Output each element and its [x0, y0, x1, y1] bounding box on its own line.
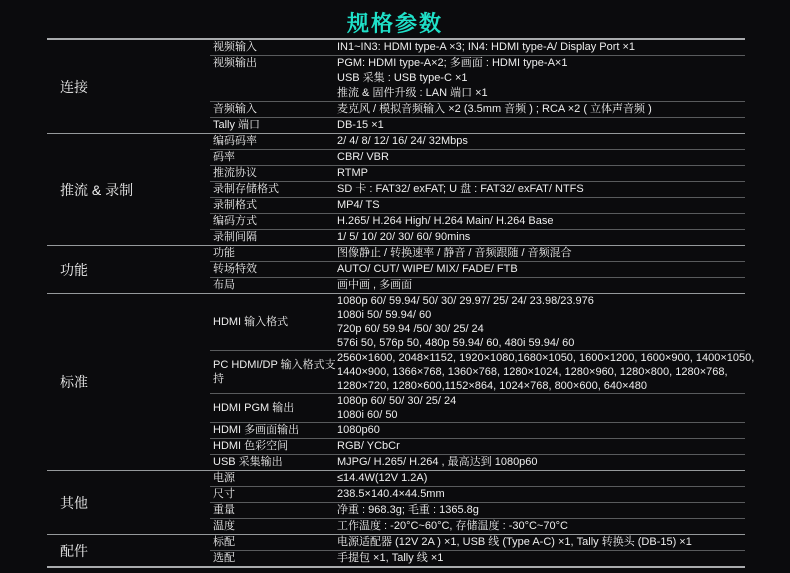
spec-row: 码率 CBR/ VBR — [210, 149, 745, 165]
spec-row: 视频输入 IN1~IN3: HDMI type-A ×3; IN4: HDMI … — [210, 40, 745, 55]
spec-name: 布局 — [210, 278, 337, 293]
spec-value: 1080p 60/ 59.94/ 50/ 30/ 29.97/ 25/ 24/ … — [337, 294, 745, 350]
spec-row: HDMI 输入格式 1080p 60/ 59.94/ 50/ 30/ 29.97… — [210, 294, 745, 350]
section-label: 功能 — [47, 246, 210, 293]
spec-name: 录制间隔 — [210, 230, 337, 245]
section-functions: 功能 功能 图像静止 / 转换速率 / 静音 / 音频跟随 / 音频混合 转场特… — [47, 245, 745, 293]
section-label: 配件 — [47, 535, 210, 566]
spec-name: 码率 — [210, 150, 337, 165]
spec-value: DB-15 ×1 — [337, 118, 745, 133]
spec-value: MP4/ TS — [337, 198, 745, 213]
spec-value-line: 2/ 4/ 8/ 12/ 16/ 24/ 32Mbps — [337, 134, 745, 149]
section-streaming-recording: 推流 & 录制 编码码率 2/ 4/ 8/ 12/ 16/ 24/ 32Mbps… — [47, 133, 745, 245]
spec-value: AUTO/ CUT/ WIPE/ MIX/ FADE/ FTB — [337, 262, 745, 277]
spec-value-line: 1/ 5/ 10/ 20/ 30/ 60/ 90mins — [337, 230, 745, 245]
spec-name: HDMI 输入格式 — [210, 315, 337, 329]
spec-value: 1080p 60/ 50/ 30/ 25/ 24 1080i 60/ 50 — [337, 394, 745, 422]
spec-value-line: ≤14.4W(12V 1.2A) — [337, 471, 745, 486]
spec-name: 推流协议 — [210, 166, 337, 181]
spec-value: RGB/ YCbCr — [337, 439, 745, 454]
spec-value-line: 麦克风 / 模拟音频输入 ×2 (3.5mm 音频 ) ; RCA ×2 ( 立… — [337, 102, 745, 117]
spec-row: PC HDMI/DP 输入格式支持 2560×1600, 2048×1152, … — [210, 350, 745, 393]
section-rows: 视频输入 IN1~IN3: HDMI type-A ×3; IN4: HDMI … — [210, 40, 745, 133]
spec-name: 录制格式 — [210, 198, 337, 213]
spec-name: 视频输入 — [210, 40, 337, 55]
spec-name: 重量 — [210, 503, 337, 518]
spec-value-line: 1080p 60/ 59.94/ 50/ 30/ 29.97/ 25/ 24/ … — [337, 294, 745, 308]
spec-row: 转场特效 AUTO/ CUT/ WIPE/ MIX/ FADE/ FTB — [210, 261, 745, 277]
spec-value: 手提包 ×1, Tally 线 ×1 — [337, 551, 745, 566]
spec-sheet-page: 规格参数 连接 视频输入 IN1~IN3: HDMI type-A ×3; IN… — [0, 0, 790, 573]
spec-row: HDMI 多画面输出 1080p60 — [210, 422, 745, 438]
spec-value: RTMP — [337, 166, 745, 181]
spec-value: PGM: HDMI type-A×2; 多画面 : HDMI type-A×1 … — [337, 56, 745, 101]
spec-name: 编码码率 — [210, 134, 337, 149]
spec-value: 2/ 4/ 8/ 12/ 16/ 24/ 32Mbps — [337, 134, 745, 149]
spec-value-line: DB-15 ×1 — [337, 118, 745, 133]
spec-value-line: 净重 : 968.3g; 毛重 : 1365.8g — [337, 503, 745, 518]
spec-name: 录制存储格式 — [210, 182, 337, 197]
spec-value-line: 图像静止 / 转换速率 / 静音 / 音频跟随 / 音频混合 — [337, 246, 745, 261]
spec-row: 录制间隔 1/ 5/ 10/ 20/ 30/ 60/ 90mins — [210, 229, 745, 245]
spec-name: 尺寸 — [210, 487, 337, 502]
spec-name: 温度 — [210, 519, 337, 534]
section-label: 连接 — [47, 40, 210, 133]
spec-value-line: RGB/ YCbCr — [337, 439, 745, 454]
section-standards: 标准 HDMI 输入格式 1080p 60/ 59.94/ 50/ 30/ 29… — [47, 293, 745, 470]
spec-value-line: H.265/ H.264 High/ H.264 Main/ H.264 Bas… — [337, 214, 745, 229]
section-label: 标准 — [47, 294, 210, 470]
spec-name: 视频输出 — [210, 56, 337, 71]
spec-name: 音频输入 — [210, 102, 337, 117]
section-label: 推流 & 录制 — [47, 134, 210, 245]
spec-name: USB 采集输出 — [210, 455, 337, 470]
spec-row: 音频输入 麦克风 / 模拟音频输入 ×2 (3.5mm 音频 ) ; RCA ×… — [210, 101, 745, 117]
spec-value-line: 画中画 , 多画面 — [337, 278, 745, 293]
spec-value: 图像静止 / 转换速率 / 静音 / 音频跟随 / 音频混合 — [337, 246, 745, 261]
spec-value: 2560×1600, 2048×1152, 1920×1080,1680×105… — [337, 351, 745, 393]
spec-row: 编码方式 H.265/ H.264 High/ H.264 Main/ H.26… — [210, 213, 745, 229]
section-rows: 标配 电源适配器 (12V 2A ) ×1, USB 线 (Type A-C) … — [210, 535, 745, 566]
spec-value-line: PGM: HDMI type-A×2; 多画面 : HDMI type-A×1 — [337, 56, 745, 71]
spec-row: USB 采集输出 MJPG/ H.265/ H.264 , 最高达到 1080p… — [210, 454, 745, 470]
spec-value-line: 电源适配器 (12V 2A ) ×1, USB 线 (Type A-C) ×1,… — [337, 535, 745, 550]
spec-value-line: 1080p 60/ 50/ 30/ 25/ 24 — [337, 394, 745, 408]
spec-row: 录制格式 MP4/ TS — [210, 197, 745, 213]
spec-value: ≤14.4W(12V 1.2A) — [337, 471, 745, 486]
section-accessories: 配件 标配 电源适配器 (12V 2A ) ×1, USB 线 (Type A-… — [47, 534, 745, 566]
spec-row: 编码码率 2/ 4/ 8/ 12/ 16/ 24/ 32Mbps — [210, 134, 745, 149]
spec-value-line: 238.5×140.4×44.5mm — [337, 487, 745, 502]
section-rows: 编码码率 2/ 4/ 8/ 12/ 16/ 24/ 32Mbps 码率 CBR/… — [210, 134, 745, 245]
spec-name: 功能 — [210, 246, 337, 261]
page-title: 规格参数 — [0, 7, 790, 38]
spec-row: 温度 工作温度 : -20°C~60°C, 存储温度 : -30°C~70°C — [210, 518, 745, 534]
spec-value-line: 1080i 50/ 59.94/ 60 — [337, 308, 745, 322]
spec-row: 选配 手提包 ×1, Tally 线 ×1 — [210, 550, 745, 566]
spec-row: 功能 图像静止 / 转换速率 / 静音 / 音频跟随 / 音频混合 — [210, 246, 745, 261]
spec-value: 净重 : 968.3g; 毛重 : 1365.8g — [337, 503, 745, 518]
spec-value: 画中画 , 多画面 — [337, 278, 745, 293]
spec-row: 推流协议 RTMP — [210, 165, 745, 181]
section-others: 其他 电源 ≤14.4W(12V 1.2A) 尺寸 238.5×140.4×44… — [47, 470, 745, 534]
spec-value: SD 卡 : FAT32/ exFAT; U 盘 : FAT32/ exFAT/… — [337, 182, 745, 197]
spec-value: 238.5×140.4×44.5mm — [337, 487, 745, 502]
section-connection: 连接 视频输入 IN1~IN3: HDMI type-A ×3; IN4: HD… — [47, 40, 745, 133]
spec-value: IN1~IN3: HDMI type-A ×3; IN4: HDMI type-… — [337, 40, 745, 55]
spec-row: 电源 ≤14.4W(12V 1.2A) — [210, 471, 745, 486]
spec-value-line: 2560×1600, 2048×1152, 1920×1080,1680×105… — [337, 351, 745, 365]
spec-value: 1080p60 — [337, 423, 745, 438]
spec-value-line: RTMP — [337, 166, 745, 181]
spec-row: 标配 电源适配器 (12V 2A ) ×1, USB 线 (Type A-C) … — [210, 535, 745, 550]
section-rows: 电源 ≤14.4W(12V 1.2A) 尺寸 238.5×140.4×44.5m… — [210, 471, 745, 534]
spec-value-line: 576i 50, 576p 50, 480p 59.94/ 60, 480i 5… — [337, 336, 745, 350]
spec-value-line: USB 采集 : USB type-C ×1 — [337, 71, 745, 86]
spec-value: 电源适配器 (12V 2A ) ×1, USB 线 (Type A-C) ×1,… — [337, 535, 745, 550]
spec-table: 连接 视频输入 IN1~IN3: HDMI type-A ×3; IN4: HD… — [47, 38, 745, 568]
spec-row: 重量 净重 : 968.3g; 毛重 : 1365.8g — [210, 502, 745, 518]
spec-value: 1/ 5/ 10/ 20/ 30/ 60/ 90mins — [337, 230, 745, 245]
section-label: 其他 — [47, 471, 210, 534]
spec-name: 标配 — [210, 535, 337, 550]
spec-row: HDMI PGM 输出 1080p 60/ 50/ 30/ 25/ 24 108… — [210, 393, 745, 422]
spec-value-line: 工作温度 : -20°C~60°C, 存储温度 : -30°C~70°C — [337, 519, 745, 534]
spec-value-line: 手提包 ×1, Tally 线 ×1 — [337, 551, 745, 566]
spec-value-line: 1080p60 — [337, 423, 745, 438]
spec-name: HDMI PGM 输出 — [210, 401, 337, 415]
spec-row: 视频输出 PGM: HDMI type-A×2; 多画面 : HDMI type… — [210, 55, 745, 101]
spec-value-line: IN1~IN3: HDMI type-A ×3; IN4: HDMI type-… — [337, 40, 745, 55]
spec-value: 工作温度 : -20°C~60°C, 存储温度 : -30°C~70°C — [337, 519, 745, 534]
spec-value-line: 1440×900, 1366×768, 1360×768, 1280×1024,… — [337, 365, 745, 379]
spec-row: Tally 端口 DB-15 ×1 — [210, 117, 745, 133]
spec-value-line: MP4/ TS — [337, 198, 745, 213]
spec-value-line: SD 卡 : FAT32/ exFAT; U 盘 : FAT32/ exFAT/… — [337, 182, 745, 197]
spec-value-line: CBR/ VBR — [337, 150, 745, 165]
spec-row: HDMI 色彩空间 RGB/ YCbCr — [210, 438, 745, 454]
spec-value: H.265/ H.264 High/ H.264 Main/ H.264 Bas… — [337, 214, 745, 229]
spec-value-line: MJPG/ H.265/ H.264 , 最高达到 1080p60 — [337, 455, 745, 470]
spec-value: 麦克风 / 模拟音频输入 ×2 (3.5mm 音频 ) ; RCA ×2 ( 立… — [337, 102, 745, 117]
spec-value-line: 1280×720, 1280×600,1152×864, 1024×768, 8… — [337, 379, 745, 393]
spec-value-line: 720p 60/ 59.94 /50/ 30/ 25/ 24 — [337, 322, 745, 336]
spec-row: 尺寸 238.5×140.4×44.5mm — [210, 486, 745, 502]
section-rows: 功能 图像静止 / 转换速率 / 静音 / 音频跟随 / 音频混合 转场特效 A… — [210, 246, 745, 293]
spec-name: Tally 端口 — [210, 118, 337, 133]
spec-value-line: 推流 & 固件升级 : LAN 端口 ×1 — [337, 86, 745, 101]
spec-value-line: 1080i 60/ 50 — [337, 408, 745, 422]
spec-value: CBR/ VBR — [337, 150, 745, 165]
spec-name: 电源 — [210, 471, 337, 486]
spec-row: 录制存储格式 SD 卡 : FAT32/ exFAT; U 盘 : FAT32/… — [210, 181, 745, 197]
spec-name: PC HDMI/DP 输入格式支持 — [210, 358, 337, 386]
spec-name: 编码方式 — [210, 214, 337, 229]
spec-name: HDMI 色彩空间 — [210, 439, 337, 454]
spec-name: HDMI 多画面输出 — [210, 423, 337, 438]
section-rows: HDMI 输入格式 1080p 60/ 59.94/ 50/ 30/ 29.97… — [210, 294, 745, 470]
spec-value: MJPG/ H.265/ H.264 , 最高达到 1080p60 — [337, 455, 745, 470]
spec-row: 布局 画中画 , 多画面 — [210, 277, 745, 293]
spec-value-line: AUTO/ CUT/ WIPE/ MIX/ FADE/ FTB — [337, 262, 745, 277]
spec-name: 转场特效 — [210, 262, 337, 277]
spec-name: 选配 — [210, 551, 337, 566]
